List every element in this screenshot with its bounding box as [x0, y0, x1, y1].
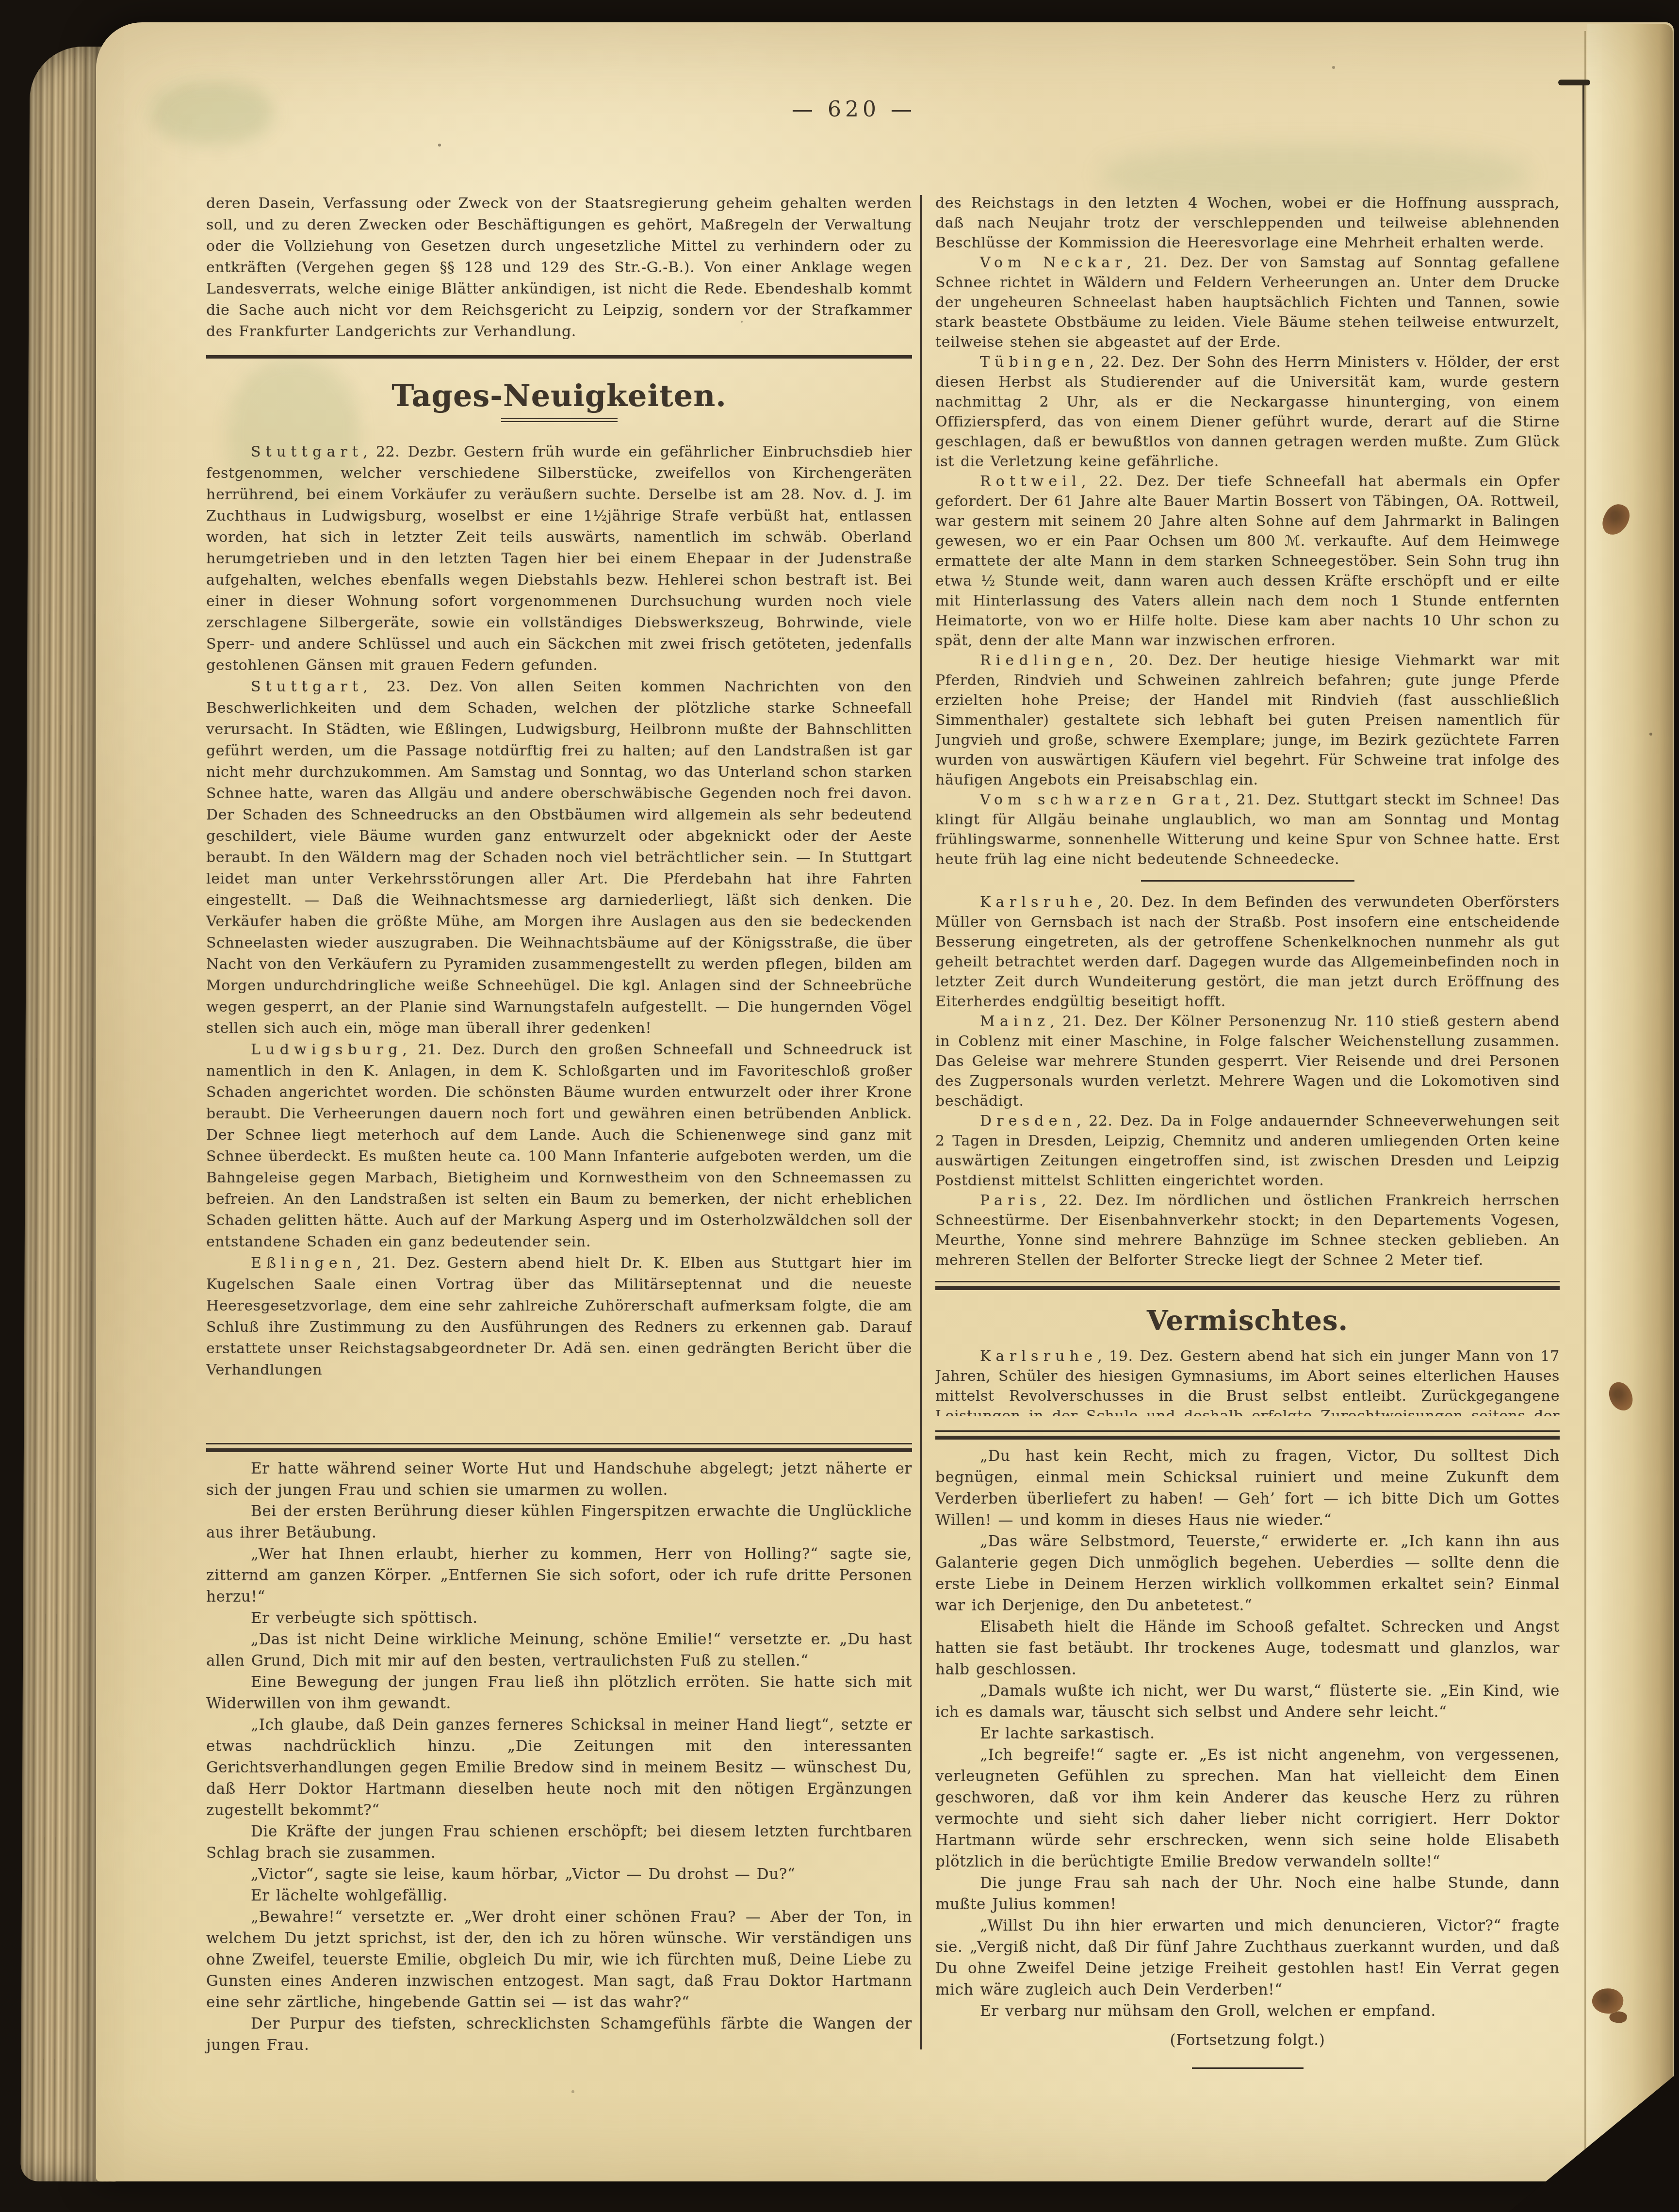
- scanned-newspaper-page: — 620 — deren Dasein, Verfassung oder Zw…: [0, 0, 1679, 2212]
- article-body: Der tiefe Schneefall hat abermals ein Op…: [935, 473, 1560, 649]
- article-dateline: Vom schwarzen Grat: [980, 791, 1225, 808]
- feuilleton-paragraph: Er lachte sarkastisch.: [935, 1723, 1560, 1744]
- article-body: Der Sohn des Herrn Ministers v. Hölder, …: [935, 354, 1560, 470]
- article-dateline: Rottweil: [980, 473, 1081, 490]
- feuilleton-paragraph: „Victor“, sagte sie leise, kaum hörbar, …: [206, 1864, 912, 1885]
- feuilleton-separator-rule: [206, 1443, 912, 1452]
- feuilleton-paragraph: Er lächelte wohlgefällig.: [206, 1885, 912, 1906]
- page-number: — 620 —: [606, 97, 1101, 122]
- article-dateline: Mainz: [980, 1013, 1050, 1030]
- dust-specks: [0, 0, 1, 1]
- article-date: , 22. Dez.: [1042, 1192, 1129, 1209]
- article-dateline: Dresden: [980, 1113, 1076, 1130]
- feuilleton-separator-rule: [935, 1430, 1560, 1440]
- page-curl-edge: [1587, 24, 1673, 2179]
- column-divider-rule: [920, 195, 922, 2049]
- article-karlsruhe-20-dez: Karlsruhe, 20. Dez.In dem Befinden des v…: [935, 892, 1560, 1012]
- short-divider-rule: [1141, 880, 1354, 882]
- feuilleton-paragraph: „Das wäre Selbstmord, Teuerste,“ erwider…: [935, 1531, 1560, 1616]
- feuilleton-paragraph: Bei der ersten Berührung dieser kühlen F…: [206, 1501, 912, 1543]
- article-riedlingen-20-dez: Riedlingen, 20. Dez.Der heutige hiesige …: [935, 651, 1560, 790]
- article-body: Der heutige hiesige Viehmarkt war mit Pf…: [935, 652, 1560, 788]
- article-dateline: Stuttgart: [251, 678, 363, 695]
- article-mainz-21-dez: Mainz, 21. Dez.Der Kölner Personenzug Nr…: [935, 1012, 1560, 1111]
- ink-mark: [1582, 82, 1584, 335]
- page-crease-line: [1584, 31, 1586, 2171]
- feuilleton-paragraph: Der Purpur des tiefsten, schrecklichsten…: [206, 2013, 912, 2056]
- article-body: Gestern früh wurde ein gefährlicher Einb…: [206, 443, 912, 674]
- feuilleton-column-right: „Du hast kein Recht, mich zu fragen, Vic…: [935, 1420, 1560, 2069]
- article-date: , 22. Dezbr.: [363, 443, 457, 460]
- feuilleton-paragraph: Elisabeth hielt die Hände im Schooß gefa…: [935, 1616, 1560, 1680]
- article-vom-neckar-21-dez: Vom Neckar, 21. Dez.Der von Samstag auf …: [935, 253, 1560, 352]
- feuilleton-paragraph: „Ich glaube, daß Dein ganzes ferneres Sc…: [206, 1714, 912, 1821]
- article-date: , 19. Dez.: [1097, 1348, 1174, 1365]
- article-date: , 21. Dez.: [357, 1255, 440, 1272]
- article-date: , 23. Dez.: [363, 678, 463, 695]
- continuation-note: (Fortsetzung folgt.): [935, 2030, 1560, 2051]
- article-body: Von allen Seiten kommen Nachrichten von …: [206, 678, 912, 1037]
- feuilleton-paragraph: „Ich begreife!“ sagte er. „Es ist nicht …: [935, 1744, 1560, 1872]
- end-short-rule: [1192, 2067, 1304, 2069]
- article-dresden-22-dez: Dresden, 22. Dez.Da in Folge andauernder…: [935, 1111, 1560, 1191]
- section-title-tages-neuigkeiten: Tages-Neuigkeiten.: [206, 378, 912, 413]
- article-body: Gestern abend hielt Dr. K. Elben aus Stu…: [206, 1255, 912, 1378]
- article-stuttgart-23-dez: Stuttgart, 23. Dez.Von allen Seiten komm…: [206, 676, 912, 1039]
- article-dateline: Stuttgart: [251, 443, 363, 460]
- article-date: , 22. Dez.: [1081, 473, 1170, 490]
- article-dateline: Paris: [980, 1192, 1042, 1209]
- section-title-vermischtes: Vermischtes.: [935, 1305, 1560, 1337]
- article-stuttgart-22-dez: Stuttgart, 22. Dezbr.Gestern früh wurde …: [206, 442, 912, 676]
- article-continuation-right: des Reichstags in den letzten 4 Wochen, …: [935, 193, 1560, 253]
- feuilleton-paragraph: „Willst Du ihn hier erwarten und mich de…: [935, 1915, 1560, 2000]
- feuilleton-paragraph: „Du hast kein Recht, mich zu fragen, Vic…: [935, 1445, 1560, 1531]
- article-dateline: Riedlingen: [980, 652, 1109, 669]
- article-dateline: Eßlingen: [251, 1255, 357, 1272]
- article-vom-schwarzen-grat-21-dez: Vom schwarzen Grat, 21. Dez.Stuttgart st…: [935, 790, 1560, 869]
- article-body: In dem Befinden des verwundeten Oberförs…: [935, 894, 1560, 1010]
- feuilleton-paragraph: „Das ist nicht Deine wirkliche Meinung, …: [206, 1629, 912, 1671]
- feuilleton-paragraph: Eine Bewegung der jungen Frau ließ ihn p…: [206, 1671, 912, 1714]
- article-date: , 20. Dez.: [1097, 894, 1175, 911]
- article-date: , 22. Dez.: [1076, 1113, 1154, 1130]
- article-dateline: Tübingen: [980, 354, 1089, 371]
- title-underline-rule: [501, 418, 618, 422]
- news-column-left: deren Dasein, Verfassung oder Zweck von …: [206, 193, 912, 1428]
- article-esslingen-21-dez: Eßlingen, 21. Dez.Gestern abend hielt Dr…: [206, 1253, 912, 1381]
- thick-rule: [206, 355, 912, 359]
- article-continuation-left: deren Dasein, Verfassung oder Zweck von …: [206, 193, 912, 343]
- article-date: , 21. Dez.: [1225, 791, 1301, 808]
- feuilleton-paragraph: Er verbeugte sich spöttisch.: [206, 1607, 912, 1629]
- feuilleton-paragraph: „Damals wußte ich nicht, wer Du warst,“ …: [935, 1680, 1560, 1723]
- feuilleton-paragraph: Er verbarg nur mühsam den Groll, welchen…: [935, 2000, 1560, 2022]
- section-end-double-rule: [935, 1281, 1560, 1290]
- article-date: , 21. Dez.: [403, 1041, 486, 1058]
- article-date: , 20. Dez.: [1109, 652, 1202, 669]
- article-dateline: Karlsruhe: [980, 1348, 1097, 1365]
- article-dateline: Ludwigsburg: [251, 1041, 403, 1058]
- feuilleton-paragraph: „Wer hat Ihnen erlaubt, hierher zu komme…: [206, 1543, 912, 1607]
- article-ludwigsburg-21-dez: Ludwigsburg, 21. Dez.Durch den großen Sc…: [206, 1039, 912, 1253]
- feuilleton-paragraph: Die Kräfte der jungen Frau schienen ersc…: [206, 1821, 912, 1864]
- article-dateline: Vom Neckar: [980, 254, 1127, 271]
- article-rottweil-22-dez: Rottweil, 22. Dez.Der tiefe Schneefall h…: [935, 472, 1560, 651]
- feuilleton-paragraph: Er hatte während seiner Worte Hut und Ha…: [206, 1458, 912, 1501]
- article-tuebingen-22-dez: Tübingen, 22. Dez.Der Sohn des Herrn Min…: [935, 352, 1560, 472]
- article-date: , 21. Dez.: [1050, 1013, 1128, 1030]
- article-body: Durch den großen Schneefall und Schneedr…: [206, 1041, 912, 1250]
- feuilleton-paragraph: Die junge Frau sah nach der Uhr. Noch ei…: [935, 1872, 1560, 1915]
- article-date: , 22. Dez.: [1089, 354, 1165, 371]
- feuilleton-paragraph: „Bewahre!“ versetzte er. „Wer droht eine…: [206, 1906, 912, 2013]
- news-column-right: des Reichstags in den letzten 4 Wochen, …: [935, 193, 1560, 1416]
- article-dateline: Karlsruhe: [980, 894, 1097, 911]
- article-date: , 21. Dez.: [1127, 254, 1214, 271]
- ink-mark: [1558, 80, 1590, 85]
- feuilleton-column-left: Er hatte während seiner Worte Hut und Ha…: [206, 1432, 912, 2056]
- article-paris-22-dez: Paris, 22. Dez.Im nördlichen und östlich…: [935, 1191, 1560, 1270]
- article-karlsruhe-19-dez: Karlsruhe, 19. Dez.Gestern abend hat sic…: [935, 1346, 1560, 1416]
